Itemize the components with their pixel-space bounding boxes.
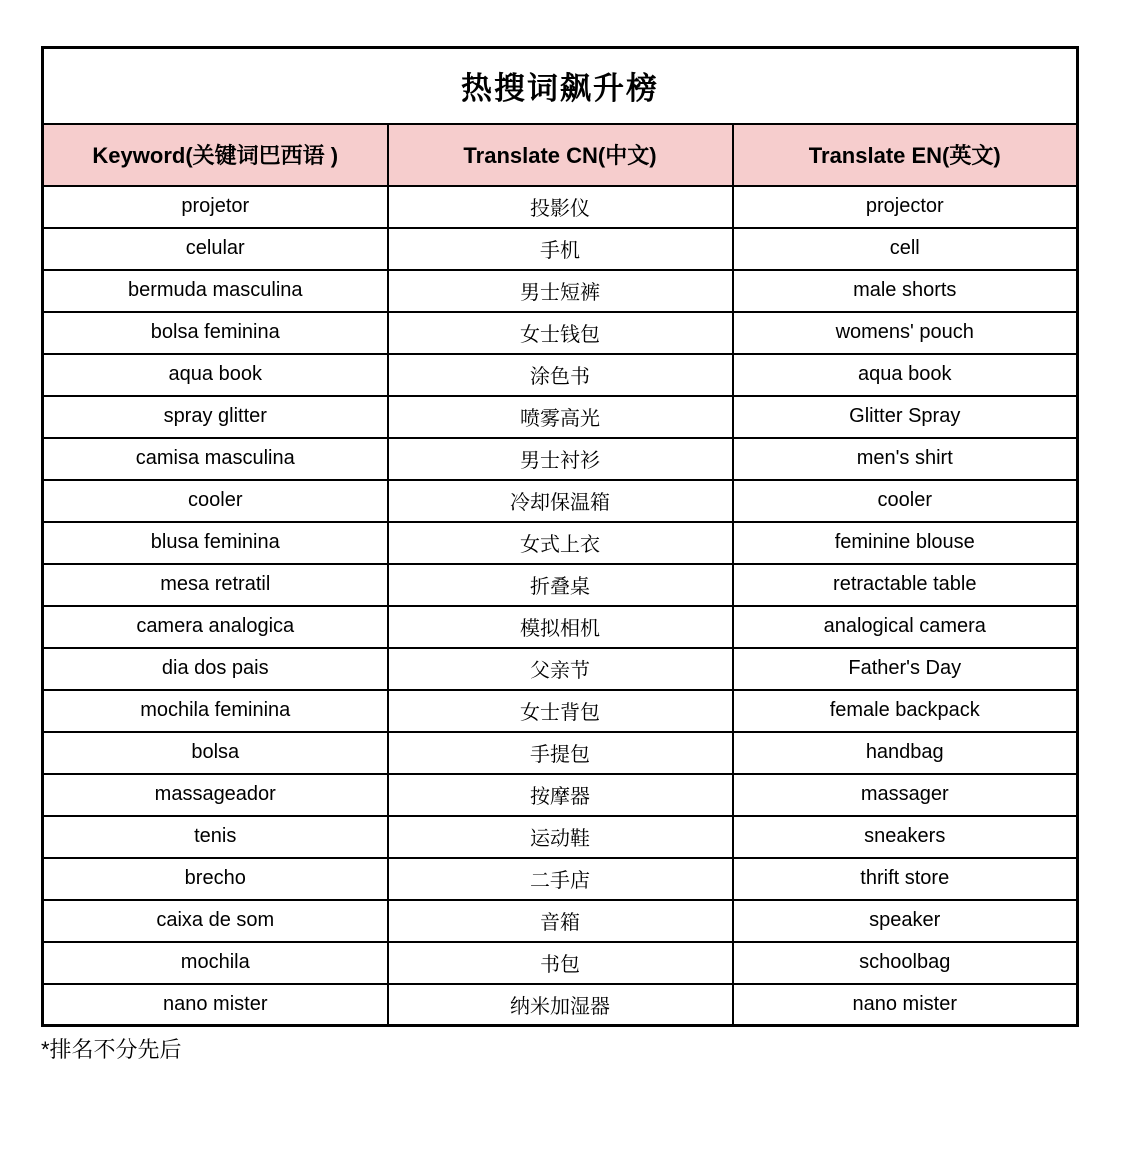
translate-cn-cell: 音箱 xyxy=(388,900,733,942)
translate-en-cell: aqua book xyxy=(733,354,1078,396)
hot-search-rising-table: 热搜词飙升榜 Keyword(关键词巴西语 ) Translate CN(中文)… xyxy=(41,46,1079,1027)
translate-en-cell: retractable table xyxy=(733,564,1078,606)
translate-cn-cell: 男士短裤 xyxy=(388,270,733,312)
keyword-cell: dia dos pais xyxy=(43,648,388,690)
table-row: massageador按摩器massager xyxy=(43,774,1078,816)
translate-en-cell: projector xyxy=(733,186,1078,228)
keyword-cell: cooler xyxy=(43,480,388,522)
translate-cn-cell: 男士衬衫 xyxy=(388,438,733,480)
translate-cn-cell: 涂色书 xyxy=(388,354,733,396)
table-row: dia dos pais父亲节Father's Day xyxy=(43,648,1078,690)
keyword-cell: bermuda masculina xyxy=(43,270,388,312)
table-row: bermuda masculina男士短裤male shorts xyxy=(43,270,1078,312)
table-row: mesa retratil折叠桌retractable table xyxy=(43,564,1078,606)
table-row: celular手机cell xyxy=(43,228,1078,270)
translate-cn-cell: 运动鞋 xyxy=(388,816,733,858)
translate-en-cell: nano mister xyxy=(733,984,1078,1026)
column-header-translate-en: Translate EN(英文) xyxy=(733,124,1078,186)
translate-cn-cell: 手机 xyxy=(388,228,733,270)
table-title: 热搜词飙升榜 xyxy=(43,48,1078,124)
translate-cn-cell: 父亲节 xyxy=(388,648,733,690)
translate-cn-cell: 折叠桌 xyxy=(388,564,733,606)
column-header-translate-cn: Translate CN(中文) xyxy=(388,124,733,186)
column-header-keyword: Keyword(关键词巴西语 ) xyxy=(43,124,388,186)
translate-en-cell: cooler xyxy=(733,480,1078,522)
keyword-cell: bolsa feminina xyxy=(43,312,388,354)
keyword-cell: celular xyxy=(43,228,388,270)
table-row: camera analogica模拟相机analogical camera xyxy=(43,606,1078,648)
table-body: projetor投影仪projectorcelular手机cellbermuda… xyxy=(43,186,1078,1026)
translate-en-cell: handbag xyxy=(733,732,1078,774)
table-row: caixa de som音箱speaker xyxy=(43,900,1078,942)
translate-en-cell: speaker xyxy=(733,900,1078,942)
keyword-cell: mesa retratil xyxy=(43,564,388,606)
keyword-cell: nano mister xyxy=(43,984,388,1026)
keyword-cell: brecho xyxy=(43,858,388,900)
translate-cn-cell: 喷雾高光 xyxy=(388,396,733,438)
table-row: cooler冷却保温箱cooler xyxy=(43,480,1078,522)
translate-cn-cell: 投影仪 xyxy=(388,186,733,228)
table-row: nano mister纳米加湿器nano mister xyxy=(43,984,1078,1026)
translate-en-cell: Father's Day xyxy=(733,648,1078,690)
translate-en-cell: womens' pouch xyxy=(733,312,1078,354)
table-row: bolsa feminina女士钱包womens' pouch xyxy=(43,312,1078,354)
table-title-row: 热搜词飙升榜 xyxy=(43,48,1078,124)
translate-en-cell: cell xyxy=(733,228,1078,270)
table-row: blusa feminina女式上衣feminine blouse xyxy=(43,522,1078,564)
translate-cn-cell: 纳米加湿器 xyxy=(388,984,733,1026)
translate-en-cell: men's shirt xyxy=(733,438,1078,480)
page: 热搜词飙升榜 Keyword(关键词巴西语 ) Translate CN(中文)… xyxy=(0,0,1124,1065)
table-row: mochila feminina女士背包female backpack xyxy=(43,690,1078,732)
table-row: aqua book涂色书aqua book xyxy=(43,354,1078,396)
translate-en-cell: schoolbag xyxy=(733,942,1078,984)
table-row: tenis运动鞋sneakers xyxy=(43,816,1078,858)
keyword-cell: camisa masculina xyxy=(43,438,388,480)
translate-en-cell: female backpack xyxy=(733,690,1078,732)
keyword-cell: camera analogica xyxy=(43,606,388,648)
table-row: spray glitter喷雾高光Glitter Spray xyxy=(43,396,1078,438)
translate-cn-cell: 模拟相机 xyxy=(388,606,733,648)
keyword-cell: mochila feminina xyxy=(43,690,388,732)
table-row: projetor投影仪projector xyxy=(43,186,1078,228)
table-row: camisa masculina男士衬衫men's shirt xyxy=(43,438,1078,480)
translate-en-cell: thrift store xyxy=(733,858,1078,900)
keyword-cell: projetor xyxy=(43,186,388,228)
keyword-cell: bolsa xyxy=(43,732,388,774)
translate-en-cell: feminine blouse xyxy=(733,522,1078,564)
table-row: bolsa手提包handbag xyxy=(43,732,1078,774)
translate-en-cell: massager xyxy=(733,774,1078,816)
translate-en-cell: male shorts xyxy=(733,270,1078,312)
keyword-cell: massageador xyxy=(43,774,388,816)
keyword-cell: mochila xyxy=(43,942,388,984)
keyword-cell: tenis xyxy=(43,816,388,858)
keyword-cell: caixa de som xyxy=(43,900,388,942)
translate-cn-cell: 书包 xyxy=(388,942,733,984)
translate-cn-cell: 手提包 xyxy=(388,732,733,774)
table-row: brecho二手店thrift store xyxy=(43,858,1078,900)
keyword-cell: spray glitter xyxy=(43,396,388,438)
keyword-cell: aqua book xyxy=(43,354,388,396)
translate-cn-cell: 二手店 xyxy=(388,858,733,900)
translate-cn-cell: 女士钱包 xyxy=(388,312,733,354)
table-header-row: Keyword(关键词巴西语 ) Translate CN(中文) Transl… xyxy=(43,124,1078,186)
translate-en-cell: Glitter Spray xyxy=(733,396,1078,438)
translate-en-cell: sneakers xyxy=(733,816,1078,858)
footnote: *排名不分先后 xyxy=(41,1036,1079,1065)
translate-cn-cell: 女士背包 xyxy=(388,690,733,732)
translate-cn-cell: 女式上衣 xyxy=(388,522,733,564)
translate-cn-cell: 按摩器 xyxy=(388,774,733,816)
table-row: mochila书包schoolbag xyxy=(43,942,1078,984)
translate-cn-cell: 冷却保温箱 xyxy=(388,480,733,522)
keyword-cell: blusa feminina xyxy=(43,522,388,564)
translate-en-cell: analogical camera xyxy=(733,606,1078,648)
